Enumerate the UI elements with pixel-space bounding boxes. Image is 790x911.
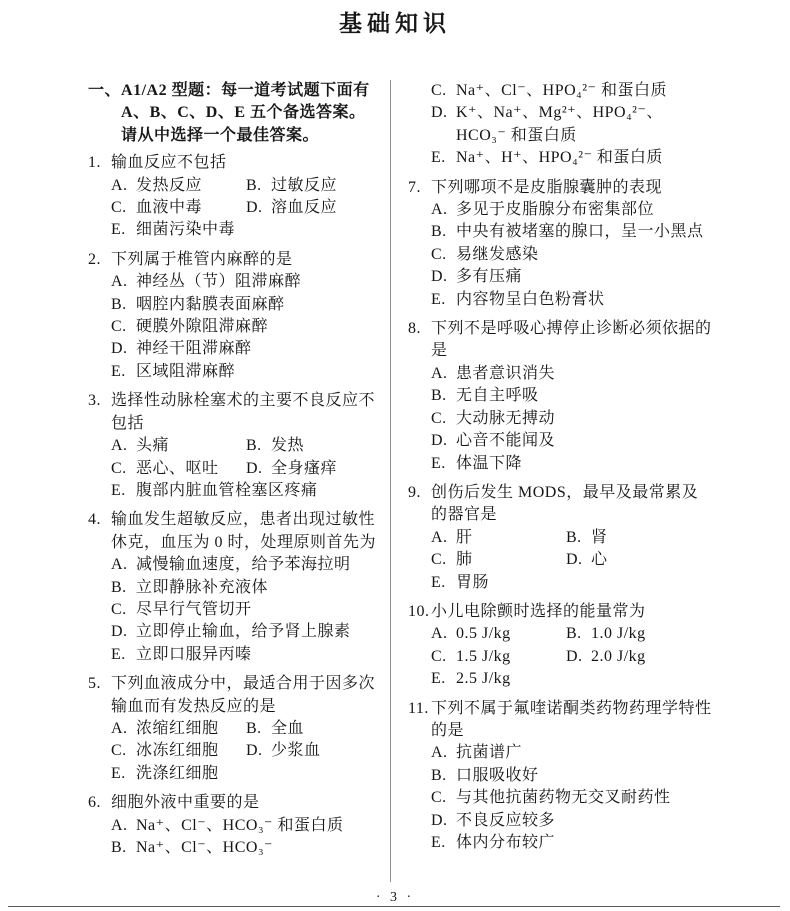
question-block: 5.下列血液成分中，最适合用于因多次输血而有发热反应的是A.浓缩红细胞B.全血C… xyxy=(88,673,380,785)
question-block: 3.选择性动脉栓塞术的主要不良反应不包括A.头痛B.发热C.恶心、呕吐D.全身瘙… xyxy=(88,390,380,502)
question-stem: 下列属于椎管内麻醉的是 xyxy=(111,249,380,271)
option-label: E. xyxy=(431,832,456,854)
option-text: 细菌污染中毒 xyxy=(136,219,380,241)
options-list: A.0.5 J/kgB.1.0 J/kgC.1.5 J/kgD.2.0 J/kg… xyxy=(431,623,712,690)
option-text: Na⁺、Cl⁻、HPO₄²⁻ 和蛋白质 xyxy=(456,80,712,102)
option-text: 冰冻红细胞 xyxy=(136,740,246,762)
option-label: A. xyxy=(111,554,136,576)
option-label: D. xyxy=(566,646,591,668)
option-label: A. xyxy=(431,742,456,764)
option-text: Na⁺、Cl⁻、HCO₃⁻ 和蛋白质 xyxy=(136,815,380,837)
option-row: C.尽早行气管切开 xyxy=(111,599,380,621)
option-label: C. xyxy=(431,80,456,102)
option-text: 无自主呼吸 xyxy=(456,385,712,407)
option-row: D.神经干阻滞麻醉 xyxy=(111,338,380,360)
option-label: D. xyxy=(246,197,271,219)
option-label: E. xyxy=(111,644,136,666)
option-row: D.溶血反应 xyxy=(246,197,380,219)
question-stem-row: 11.下列不属于氟喹诺酮类药物药理学特性的是 xyxy=(408,698,712,743)
option-text: 血液中毒 xyxy=(136,197,246,219)
option-label: D. xyxy=(246,458,271,480)
question-stem: 选择性动脉栓塞术的主要不良反应不包括 xyxy=(111,390,380,435)
question-block: 8.下列不是呼吸心搏停止诊断必须依据的是A.患者意识消失B.无自主呼吸C.大动脉… xyxy=(408,318,712,475)
option-row: B.Na⁺、Cl⁻、HCO₃⁻ xyxy=(111,837,380,859)
option-row: E.体温下降 xyxy=(431,453,712,475)
option-row: A.Na⁺、Cl⁻、HCO₃⁻ 和蛋白质 xyxy=(111,815,380,837)
option-label: A. xyxy=(111,435,136,457)
option-label: A. xyxy=(111,175,136,197)
option-label: D. xyxy=(111,338,136,360)
option-text: 肝 xyxy=(456,527,566,549)
question-number: 11. xyxy=(408,698,431,743)
right-column: C.Na⁺、Cl⁻、HPO₄²⁻ 和蛋白质D.K⁺、Na⁺、Mg²⁺、HPO₄²… xyxy=(391,80,712,882)
option-text: 硬膜外隙阻滞麻醉 xyxy=(136,316,380,338)
question-stem-row: 10.小儿电除颤时选择的能量常为 xyxy=(408,601,712,623)
option-label: C. xyxy=(111,316,136,338)
option-row: C.肺 xyxy=(431,549,566,571)
options-list: C.Na⁺、Cl⁻、HPO₄²⁻ 和蛋白质D.K⁺、Na⁺、Mg²⁺、HPO₄²… xyxy=(431,80,712,170)
option-text: Na⁺、Cl⁻、HCO₃⁻ xyxy=(136,837,380,859)
option-label: A. xyxy=(431,199,456,221)
option-text: 体内分布较广 xyxy=(456,832,712,854)
option-row: E.洗涤红细胞 xyxy=(111,763,380,785)
option-label: A. xyxy=(431,623,456,645)
question-block: 7.下列哪项不是皮脂腺囊肿的表现A.多见于皮脂腺分布密集部位B.中央有被堵塞的腺… xyxy=(408,177,712,311)
option-row: B.过敏反应 xyxy=(246,175,380,197)
option-row: E.内容物呈白色粉膏状 xyxy=(431,289,712,311)
option-row: C.大动脉无搏动 xyxy=(431,408,712,430)
question-stem-row: 2.下列属于椎管内麻醉的是 xyxy=(88,249,380,271)
option-label: B. xyxy=(111,577,136,599)
option-row: C.与其他抗菌药物无交叉耐药性 xyxy=(431,787,712,809)
content-area: 一、 A1/A2 型题：每一道考试题下面有 A、B、C、D、E 五个备选答案。请… xyxy=(88,80,712,882)
option-text: 洗涤红细胞 xyxy=(136,763,380,785)
options-list: A.Na⁺、Cl⁻、HCO₃⁻ 和蛋白质B.Na⁺、Cl⁻、HCO₃⁻ xyxy=(111,815,380,860)
option-label: A. xyxy=(111,271,136,293)
options-list: A.神经丛（节）阻滞麻醉B.咽腔内黏膜表面麻醉C.硬膜外隙阻滞麻醉D.神经干阻滞… xyxy=(111,271,380,383)
option-label: A. xyxy=(431,527,456,549)
option-text: 大动脉无搏动 xyxy=(456,408,712,430)
option-text: 减慢输血速度，给予苯海拉明 xyxy=(136,554,380,576)
option-row: D.不良反应较多 xyxy=(431,810,712,832)
question-continuation: C.Na⁺、Cl⁻、HPO₄²⁻ 和蛋白质D.K⁺、Na⁺、Mg²⁺、HPO₄²… xyxy=(408,80,712,170)
option-row: A.发热反应 xyxy=(111,175,246,197)
question-number: 6. xyxy=(88,792,111,814)
option-text: 2.5 J/kg xyxy=(456,668,712,690)
options-list: A.患者意识消失B.无自主呼吸C.大动脉无搏动D.心音不能闻及E.体温下降 xyxy=(431,363,712,475)
option-label: C. xyxy=(111,458,136,480)
option-row: B.肾 xyxy=(566,527,712,549)
question-stem: 下列哪项不是皮脂腺囊肿的表现 xyxy=(431,177,712,199)
option-label: C. xyxy=(111,599,136,621)
option-row: E.Na⁺、H⁺、HPO₄²⁻ 和蛋白质 xyxy=(431,147,712,169)
option-row: D.2.0 J/kg xyxy=(566,646,712,668)
option-text: 多见于皮脂腺分布密集部位 xyxy=(456,199,712,221)
option-label: E. xyxy=(111,219,136,241)
option-row: E.2.5 J/kg xyxy=(431,668,712,690)
option-label: D. xyxy=(431,810,456,832)
option-text: 尽早行气管切开 xyxy=(136,599,380,621)
option-text: 中央有被堵塞的腺口，呈一小黑点 xyxy=(456,221,712,243)
question-block: 6.细胞外液中重要的是A.Na⁺、Cl⁻、HCO₃⁻ 和蛋白质B.Na⁺、Cl⁻… xyxy=(88,792,380,859)
option-row: A.减慢输血速度，给予苯海拉明 xyxy=(111,554,380,576)
option-label: B. xyxy=(111,294,136,316)
option-row: E.胃肠 xyxy=(431,572,712,594)
option-text: 抗菌谱广 xyxy=(456,742,712,764)
option-label: E. xyxy=(431,572,456,594)
page-number: · 3 · xyxy=(0,890,790,906)
question-stem: 下列血液成分中，最适合用于因多次输血而有发热反应的是 xyxy=(111,673,380,718)
option-label: D. xyxy=(431,102,456,147)
option-row: C.恶心、呕吐 xyxy=(111,458,246,480)
option-row: D.少浆血 xyxy=(246,740,380,762)
option-label: B. xyxy=(246,175,271,197)
section-number: 一、 xyxy=(88,80,121,147)
option-row: B.发热 xyxy=(246,435,380,457)
question-stem-row: 8.下列不是呼吸心搏停止诊断必须依据的是 xyxy=(408,318,712,363)
option-row: B.咽腔内黏膜表面麻醉 xyxy=(111,294,380,316)
question-block: 2.下列属于椎管内麻醉的是A.神经丛（节）阻滞麻醉B.咽腔内黏膜表面麻醉C.硬膜… xyxy=(88,249,380,383)
option-text: 恶心、呕吐 xyxy=(136,458,246,480)
option-text: 神经干阻滞麻醉 xyxy=(136,338,380,360)
option-row: A.神经丛（节）阻滞麻醉 xyxy=(111,271,380,293)
options-list: A.抗菌谱广B.口服吸收好C.与其他抗菌药物无交叉耐药性D.不良反应较多E.体内… xyxy=(431,742,712,854)
option-text: 发热 xyxy=(271,435,380,457)
option-label: B. xyxy=(431,385,456,407)
question-stem: 小儿电除颤时选择的能量常为 xyxy=(431,601,712,623)
footer-rule xyxy=(8,906,780,907)
option-text: 头痛 xyxy=(136,435,246,457)
option-text: 口服吸收好 xyxy=(456,765,712,787)
option-row: E.区域阻滞麻醉 xyxy=(111,361,380,383)
option-label: C. xyxy=(111,740,136,762)
question-stem: 输血反应不包括 xyxy=(111,152,380,174)
question-number: 8. xyxy=(408,318,431,363)
option-row: C.1.5 J/kg xyxy=(431,646,566,668)
option-row: A.头痛 xyxy=(111,435,246,457)
option-label: D. xyxy=(111,621,136,643)
question-number: 9. xyxy=(408,482,431,527)
option-label: B. xyxy=(246,435,271,457)
question-stem-row: 5.下列血液成分中，最适合用于因多次输血而有发热反应的是 xyxy=(88,673,380,718)
option-text: 立即静脉补充液体 xyxy=(136,577,380,599)
question-stem: 下列不是呼吸心搏停止诊断必须依据的是 xyxy=(431,318,712,363)
question-stem: 下列不属于氟喹诺酮类药物药理学特性的是 xyxy=(431,698,712,743)
question-stem-row: 9.创伤后发生 MODS，最早及最常累及的器官是 xyxy=(408,482,712,527)
question-stem-row: 4.输血发生超敏反应，患者出现过敏性休克，血压为 0 时，处理原则首先为 xyxy=(88,509,380,554)
option-row: E.体内分布较广 xyxy=(431,832,712,854)
option-text: 肺 xyxy=(456,549,566,571)
question-block: 1.输血反应不包括A.发热反应B.过敏反应C.血液中毒D.溶血反应E.细菌污染中… xyxy=(88,152,380,242)
option-row: B.立即静脉补充液体 xyxy=(111,577,380,599)
option-text: 发热反应 xyxy=(136,175,246,197)
option-text: 内容物呈白色粉膏状 xyxy=(456,289,712,311)
question-stem-row: 1.输血反应不包括 xyxy=(88,152,380,174)
option-text: 立即停止输血，给予肾上腺素 xyxy=(136,621,380,643)
option-label: C. xyxy=(431,244,456,266)
question-stem-row: 3.选择性动脉栓塞术的主要不良反应不包括 xyxy=(88,390,380,435)
option-label: E. xyxy=(111,480,136,502)
question-number: 7. xyxy=(408,177,431,199)
option-row: D.心 xyxy=(566,549,712,571)
option-text: 0.5 J/kg xyxy=(456,623,566,645)
option-label: E. xyxy=(431,453,456,475)
question-stem: 创伤后发生 MODS，最早及最常累及的器官是 xyxy=(431,482,712,527)
option-label: C. xyxy=(111,197,136,219)
option-row: D.立即停止输血，给予肾上腺素 xyxy=(111,621,380,643)
option-row: E.细菌污染中毒 xyxy=(111,219,380,241)
option-row: C.硬膜外隙阻滞麻醉 xyxy=(111,316,380,338)
option-label: A. xyxy=(431,363,456,385)
options-list: A.肝B.肾C.肺D.心E.胃肠 xyxy=(431,527,712,594)
option-row: A.多见于皮脂腺分布密集部位 xyxy=(431,199,712,221)
question-number: 1. xyxy=(88,152,111,174)
option-text: Na⁺、H⁺、HPO₄²⁻ 和蛋白质 xyxy=(456,147,712,169)
question-stem: 细胞外液中重要的是 xyxy=(111,792,380,814)
options-list: A.多见于皮脂腺分布密集部位B.中央有被堵塞的腺口，呈一小黑点C.易继发感染D.… xyxy=(431,199,712,311)
option-label: B. xyxy=(431,221,456,243)
option-row: C.易继发感染 xyxy=(431,244,712,266)
option-text: 肾 xyxy=(591,527,712,549)
option-row: B.全血 xyxy=(246,718,380,740)
question-block: 11.下列不属于氟喹诺酮类药物药理学特性的是A.抗菌谱广B.口服吸收好C.与其他… xyxy=(408,698,712,855)
option-row: B.口服吸收好 xyxy=(431,765,712,787)
exam-page: 基础知识 一、 A1/A2 型题：每一道考试题下面有 A、B、C、D、E 五个备… xyxy=(0,0,790,911)
option-row: A.肝 xyxy=(431,527,566,549)
section-header: 一、 A1/A2 型题：每一道考试题下面有 A、B、C、D、E 五个备选答案。请… xyxy=(88,80,380,147)
option-row: D.多有压痛 xyxy=(431,266,712,288)
option-label: E. xyxy=(431,147,456,169)
option-row: D.K⁺、Na⁺、Mg²⁺、HPO₄²⁻、HCO₃⁻ 和蛋白质 xyxy=(431,102,712,147)
option-label: C. xyxy=(431,549,456,571)
option-row: A.浓缩红细胞 xyxy=(111,718,246,740)
option-label: B. xyxy=(431,765,456,787)
option-label: E. xyxy=(111,763,136,785)
question-stem-row: 6.细胞外液中重要的是 xyxy=(88,792,380,814)
question-number: 5. xyxy=(88,673,111,718)
question-stem: 输血发生超敏反应，患者出现过敏性休克，血压为 0 时，处理原则首先为 xyxy=(111,509,380,554)
option-label: A. xyxy=(111,718,136,740)
option-label: B. xyxy=(566,623,591,645)
option-label: D. xyxy=(431,430,456,452)
option-label: C. xyxy=(431,408,456,430)
option-label: B. xyxy=(566,527,591,549)
question-stem-row: 7.下列哪项不是皮脂腺囊肿的表现 xyxy=(408,177,712,199)
option-text: 易继发感染 xyxy=(456,244,712,266)
question-number: 10. xyxy=(408,601,431,623)
left-column: 一、 A1/A2 型题：每一道考试题下面有 A、B、C、D、E 五个备选答案。请… xyxy=(88,80,391,882)
option-text: 少浆血 xyxy=(271,740,380,762)
option-label: D. xyxy=(566,549,591,571)
option-label: B. xyxy=(111,837,136,859)
option-row: A.抗菌谱广 xyxy=(431,742,712,764)
question-block: 10.小儿电除颤时选择的能量常为A.0.5 J/kgB.1.0 J/kgC.1.… xyxy=(408,601,712,691)
option-label: A. xyxy=(111,815,136,837)
option-row: D.心音不能闻及 xyxy=(431,430,712,452)
options-list: A.减慢输血速度，给予苯海拉明B.立即静脉补充液体C.尽早行气管切开D.立即停止… xyxy=(111,554,380,666)
option-text: 胃肠 xyxy=(456,572,712,594)
option-row: A.患者意识消失 xyxy=(431,363,712,385)
option-label: B. xyxy=(246,718,271,740)
option-row: E.腹部内脏血管栓塞区疼痛 xyxy=(111,480,380,502)
section-heading-text: A1/A2 型题：每一道考试题下面有 A、B、C、D、E 五个备选答案。请从中选… xyxy=(121,80,380,147)
question-number: 3. xyxy=(88,390,111,435)
option-row: B.1.0 J/kg xyxy=(566,623,712,645)
option-row: C.冰冻红细胞 xyxy=(111,740,246,762)
question-number: 2. xyxy=(88,249,111,271)
option-label: C. xyxy=(431,646,456,668)
option-row: B.无自主呼吸 xyxy=(431,385,712,407)
option-text: 区域阻滞麻醉 xyxy=(136,361,380,383)
option-text: 全血 xyxy=(271,718,380,740)
page-title: 基础知识 xyxy=(0,5,790,38)
option-text: 与其他抗菌药物无交叉耐药性 xyxy=(456,787,712,809)
options-list: A.浓缩红细胞B.全血C.冰冻红细胞D.少浆血E.洗涤红细胞 xyxy=(111,718,380,785)
options-list: A.发热反应B.过敏反应C.血液中毒D.溶血反应E.细菌污染中毒 xyxy=(111,175,380,242)
option-label: E. xyxy=(431,289,456,311)
option-text: 神经丛（节）阻滞麻醉 xyxy=(136,271,380,293)
option-text: 患者意识消失 xyxy=(456,363,712,385)
option-text: 1.5 J/kg xyxy=(456,646,566,668)
option-text: 体温下降 xyxy=(456,453,712,475)
option-row: D.全身瘙痒 xyxy=(246,458,380,480)
option-row: C.血液中毒 xyxy=(111,197,246,219)
option-text: 2.0 J/kg xyxy=(591,646,712,668)
option-text: K⁺、Na⁺、Mg²⁺、HPO₄²⁻、HCO₃⁻ 和蛋白质 xyxy=(456,102,712,147)
option-row: E.立即口服异丙嗪 xyxy=(111,644,380,666)
option-label: E. xyxy=(111,361,136,383)
option-text: 多有压痛 xyxy=(456,266,712,288)
option-label: D. xyxy=(431,266,456,288)
option-text: 全身瘙痒 xyxy=(271,458,380,480)
option-text: 立即口服异丙嗪 xyxy=(136,644,380,666)
option-text: 溶血反应 xyxy=(271,197,380,219)
option-text: 过敏反应 xyxy=(271,175,380,197)
option-row: A.0.5 J/kg xyxy=(431,623,566,645)
option-text: 心音不能闻及 xyxy=(456,430,712,452)
question-block: 4.输血发生超敏反应，患者出现过敏性休克，血压为 0 时，处理原则首先为A.减慢… xyxy=(88,509,380,666)
option-label: C. xyxy=(431,787,456,809)
option-text: 咽腔内黏膜表面麻醉 xyxy=(136,294,380,316)
options-list: A.头痛B.发热C.恶心、呕吐D.全身瘙痒E.腹部内脏血管栓塞区疼痛 xyxy=(111,435,380,502)
option-row: B.中央有被堵塞的腺口，呈一小黑点 xyxy=(431,221,712,243)
option-label: E. xyxy=(431,668,456,690)
question-number: 4. xyxy=(88,509,111,554)
option-text: 不良反应较多 xyxy=(456,810,712,832)
option-text: 浓缩红细胞 xyxy=(136,718,246,740)
option-label: D. xyxy=(246,740,271,762)
question-block: 9.创伤后发生 MODS，最早及最常累及的器官是A.肝B.肾C.肺D.心E.胃肠 xyxy=(408,482,712,594)
option-text: 心 xyxy=(591,549,712,571)
option-text: 腹部内脏血管栓塞区疼痛 xyxy=(136,480,380,502)
option-text: 1.0 J/kg xyxy=(591,623,712,645)
option-row: C.Na⁺、Cl⁻、HPO₄²⁻ 和蛋白质 xyxy=(431,80,712,102)
